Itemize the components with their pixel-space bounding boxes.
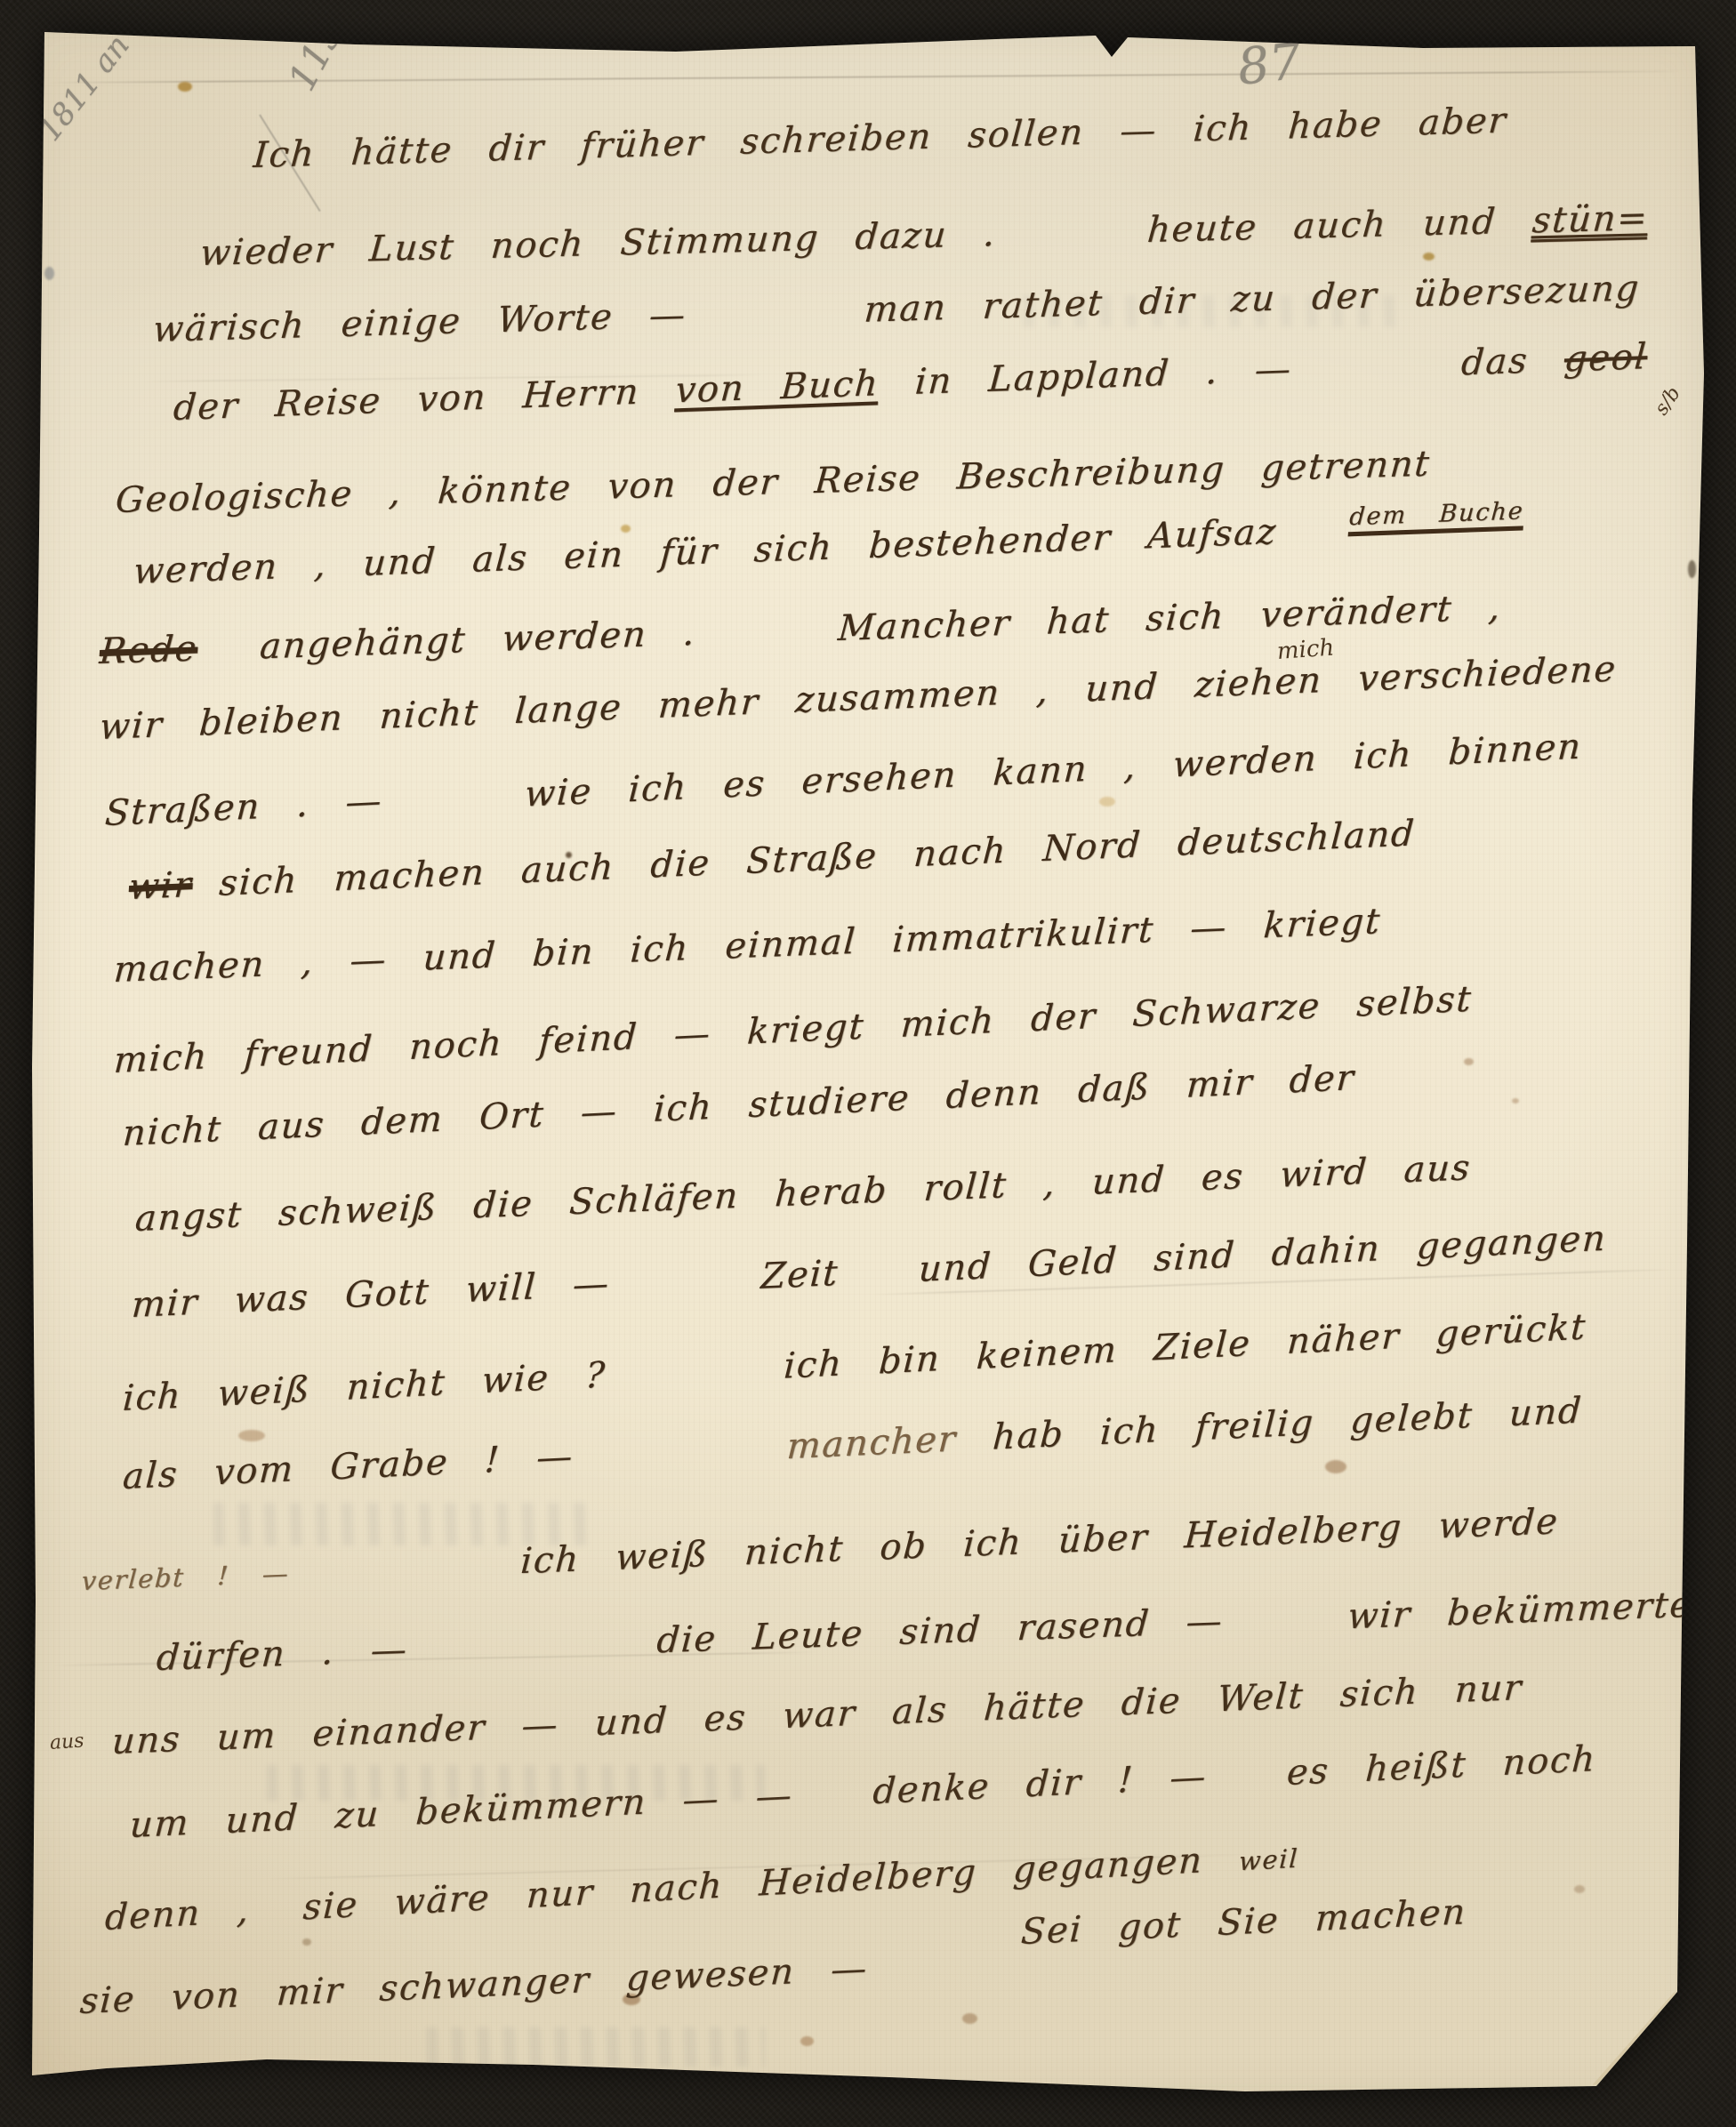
ink-bleed — [427, 2027, 765, 2067]
pencil-folio-number: 87 — [1235, 33, 1305, 97]
manuscript-line: uns um einander — und es war als hätte d… — [110, 1667, 1523, 1762]
manuscript-line: angst schweiß die Schläfen herab rollt ,… — [133, 1147, 1472, 1240]
stain-spot — [800, 2036, 814, 2046]
manuscript-line: wieder Lust noch Stimmung dazu .heute au… — [198, 197, 1650, 274]
margin-scribble: s/b — [1651, 382, 1685, 419]
corner-fold — [1585, 1985, 1681, 2088]
stain-spot — [1325, 1460, 1346, 1473]
stain-spot — [1464, 1058, 1474, 1065]
paper-shadow-wrap: 1811 an 181211587 michauss/b Ich hätte d… — [0, 0, 1736, 2127]
manuscript-line: werden , und als ein für sich bestehende… — [132, 502, 1524, 592]
letter-page: 1811 an 181211587 michauss/b Ich hätte d… — [0, 0, 1736, 2127]
stain-spot — [1512, 1098, 1519, 1104]
manuscript-line: Sei got Sie machen — [1020, 1891, 1468, 1953]
margin-word: aus — [49, 1730, 84, 1754]
stain-spot — [1688, 560, 1696, 578]
manuscript-line: wirsich machen auch die Straße nach Nord… — [128, 813, 1417, 908]
stain-spot — [302, 1938, 311, 1946]
manuscript-line: dürfen . —die Leute sind rasend —wir bek… — [155, 1584, 1718, 1679]
stain-spot — [1423, 253, 1435, 261]
photo-background: 1811 an 181211587 michauss/b Ich hätte d… — [0, 0, 1736, 2127]
pencil-number-note: 115 — [279, 14, 351, 98]
stain-spot — [178, 82, 192, 92]
manuscript-line: der Reise von Herrn von Buch in Lappland… — [172, 336, 1648, 429]
stain-spot — [238, 1430, 265, 1441]
manuscript-line: mir was Gott will —Zeitund Geld sind dah… — [131, 1218, 1608, 1326]
stain-spot — [44, 267, 54, 280]
manuscript-line: machen , — und bin ich einmal immatrikul… — [112, 901, 1382, 991]
stain-spot — [1574, 1885, 1585, 1893]
manuscript-line: Ich hätte dir früher schreiben sollen — … — [252, 100, 1508, 176]
ink-bleed — [213, 1503, 587, 1545]
manuscript-line: wärisch einige Worte —man rathet dir zu … — [151, 268, 1642, 350]
stain-spot — [962, 2013, 977, 2024]
manuscript-line: sie von mir schwanger gewesen — — [79, 1948, 870, 2022]
manuscript-line: Geologische , könnte von der Reise Besch… — [114, 444, 1432, 521]
stain-spot — [1099, 797, 1115, 807]
stain-spot — [621, 525, 631, 533]
pencil-date-note: 1811 an 1812 — [32, 0, 189, 148]
